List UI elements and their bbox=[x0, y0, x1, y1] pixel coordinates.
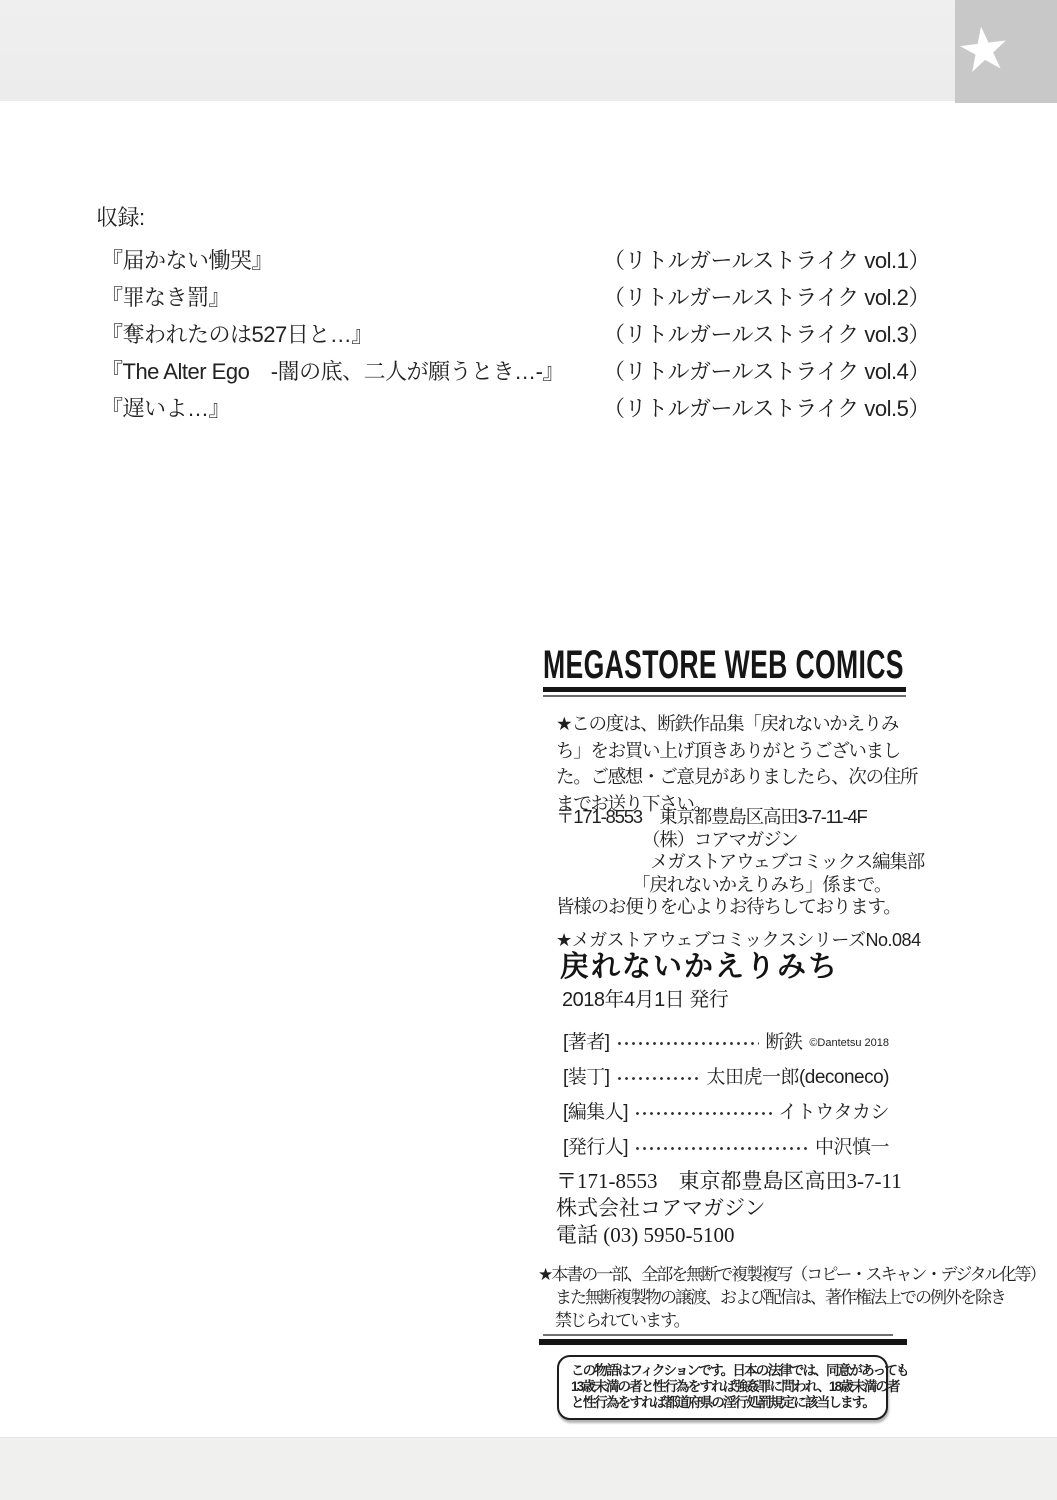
address-line: 皆様のお便りを心よりお待ちしております。 bbox=[556, 896, 924, 919]
address-line: メガストアウェブコミックス編集部 bbox=[650, 851, 924, 874]
story-series: （リトルガールストライク vol.5） bbox=[603, 390, 930, 427]
credit-row-design: [装丁] 太田虎一郎(deconeco) bbox=[563, 1058, 889, 1093]
story-title: 『奪われたのは527日と…』 bbox=[101, 316, 373, 353]
toc-row: 『奪われたのは527日と…』 （リトルガールストライク vol.3） bbox=[96, 316, 976, 353]
toc-row: 『届かない慟哭』 （リトルガールストライク vol.1） bbox=[96, 242, 976, 279]
story-title: 『遅いよ…』 bbox=[101, 390, 230, 427]
bottom-gray-strip bbox=[0, 1437, 1057, 1500]
credit-label: [発行人] bbox=[563, 1132, 628, 1159]
credit-row-author: [著者] 断鉄 ©Dantetsu 2018 bbox=[563, 1023, 889, 1058]
credit-value: 太田虎一郎(deconeco) bbox=[706, 1062, 889, 1089]
dot-leader bbox=[634, 1146, 809, 1151]
thanks-line: た。ご感想・ご意見がありましたら、次の住所 bbox=[556, 764, 917, 791]
star-emblem-box: ★ bbox=[955, 0, 1057, 103]
disclaimer-line: 13歳未満の者と性行為をすれば強姦罪に問われ、18歳未満の者 bbox=[571, 1379, 876, 1395]
story-title: 『届かない慟哭』 bbox=[101, 242, 273, 279]
editorial-address-block: 〒171-8553 東京都豊島区高田3-7-11-4F （株）コアマガジン メガ… bbox=[556, 806, 924, 919]
toc-row: 『罪なき罰』 （リトルガールストライク vol.2） bbox=[96, 279, 976, 316]
logo-rule-thin bbox=[543, 695, 906, 697]
copyright-line: また無断複製物の譲渡、および配信は、著作権法上での例外を除き bbox=[555, 1286, 1045, 1309]
credit-value: 中沢慎一 bbox=[815, 1132, 889, 1159]
thanks-paragraph: ★この度は、断鉄作品集「戻れないかえりみ ち」をお買い上げ頂きありがとうございま… bbox=[556, 711, 917, 817]
disclaimer-line: この物語はフィクションです。日本の法律では、同意があっても bbox=[571, 1363, 876, 1379]
toc-heading: 収録: bbox=[96, 204, 976, 232]
fiction-disclaimer-box: この物語はフィクションです。日本の法律では、同意があっても 13歳未満の者と性行… bbox=[557, 1355, 888, 1420]
credit-row-publisher: [発行人] 中沢慎一 bbox=[563, 1128, 889, 1163]
publish-date: 2018年4月1日 発行 bbox=[562, 983, 728, 1012]
credit-label: [装丁] bbox=[563, 1062, 610, 1089]
star-icon: ★ bbox=[954, 16, 1015, 82]
megastore-logo: MEGASTORE WEB COMICS bbox=[543, 645, 784, 685]
credit-row-editor: [編集人] イトウタカシ bbox=[563, 1093, 889, 1128]
table-of-contents: 収録: 『届かない慟哭』 （リトルガールストライク vol.1） 『罪なき罰』 … bbox=[96, 204, 976, 427]
copyright-line: ★本書の一部、全部を無断で複製複写（コピー・スキャン・デジタル化等） bbox=[538, 1263, 1045, 1286]
dot-leader bbox=[634, 1111, 772, 1116]
credit-value: イトウタカシ bbox=[778, 1097, 889, 1124]
thanks-line: ★この度は、断鉄作品集「戻れないかえりみ bbox=[556, 711, 917, 738]
rule-thick bbox=[539, 1339, 907, 1345]
copyright-note: ©Dantetsu 2018 bbox=[809, 1037, 889, 1049]
story-series: （リトルガールストライク vol.4） bbox=[603, 353, 930, 390]
logo-rule-thick bbox=[543, 687, 906, 692]
divider-rules bbox=[539, 1334, 907, 1345]
thanks-line: ち」をお買い上げ頂きありがとうございまし bbox=[556, 738, 917, 765]
rule-thin bbox=[543, 1334, 893, 1336]
address-line: （株）コアマガジン bbox=[642, 829, 924, 852]
copyright-line: 禁じられています。 bbox=[555, 1309, 1045, 1332]
credits-list: [著者] 断鉄 ©Dantetsu 2018 [装丁] 太田虎一郎(decone… bbox=[563, 1023, 889, 1163]
credit-label: [著者] bbox=[563, 1027, 610, 1054]
credit-value: 断鉄 bbox=[765, 1027, 802, 1054]
story-series: （リトルガールストライク vol.3） bbox=[603, 316, 930, 353]
publisher-name: 株式会社コアマガジン bbox=[556, 1195, 902, 1222]
disclaimer-line: と性行為をすれば都道府県の淫行処罰規定に該当します。 bbox=[571, 1395, 876, 1411]
address-line: 「戻れないかえりみち」係まで。 bbox=[632, 874, 924, 897]
top-gray-strip bbox=[0, 0, 1057, 101]
credit-label: [編集人] bbox=[563, 1097, 628, 1124]
address-line: 〒171-8553 東京都豊島区高田3-7-11-4F bbox=[556, 806, 924, 829]
story-series: （リトルガールストライク vol.2） bbox=[603, 279, 930, 316]
dot-leader bbox=[616, 1041, 760, 1046]
copyright-notice: ★本書の一部、全部を無断で複製複写（コピー・スキャン・デジタル化等） また無断複… bbox=[538, 1263, 1045, 1332]
publisher-block: 〒171-8553 東京都豊島区高田3-7-11 株式会社コアマガジン 電話 (… bbox=[556, 1168, 902, 1249]
toc-row: 『遅いよ…』 （リトルガールストライク vol.5） bbox=[96, 390, 976, 427]
book-title: 戻れないかえりみち bbox=[560, 944, 839, 985]
publisher-phone: 電話 (03) 5950-5100 bbox=[556, 1222, 902, 1249]
story-series: （リトルガールストライク vol.1） bbox=[603, 242, 930, 279]
toc-row: 『The Alter Ego -闇の底、二人が願うとき…-』 （リトルガールスト… bbox=[96, 353, 976, 390]
megastore-logo-block: MEGASTORE WEB COMICS bbox=[543, 645, 906, 697]
story-title: 『The Alter Ego -闇の底、二人が願うとき…-』 bbox=[101, 353, 564, 390]
story-title: 『罪なき罰』 bbox=[101, 279, 230, 316]
publisher-address: 〒171-8553 東京都豊島区高田3-7-11 bbox=[556, 1168, 902, 1195]
dot-leader bbox=[616, 1076, 701, 1081]
